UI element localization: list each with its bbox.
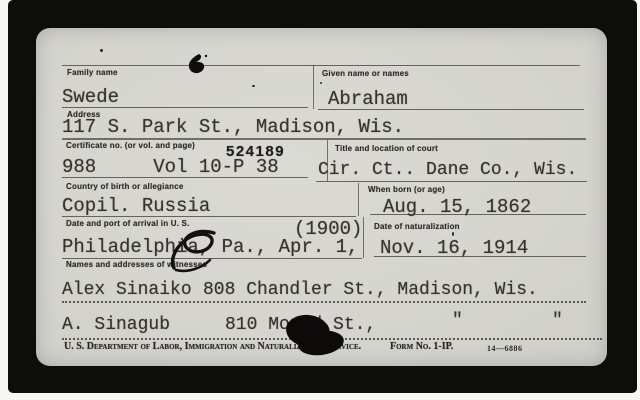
divider-arrival-naturalization [363,217,364,258]
witness-1-name: Alex Sinaiko [62,281,192,299]
divider-name-columns [313,65,314,109]
ink-speck-artifact [252,85,255,87]
certificate-label: Certificate no. (or vol. and page) [66,141,195,150]
naturalization-index-card: Family name Given name or names Address … [36,28,607,366]
ink-speck-artifact [100,49,103,52]
witness-2-ditto-city: " [452,312,463,330]
naturalization-value: Nov. 16, 1914 [380,239,528,258]
rule-under-court [316,181,587,182]
court-value: Cir. Ct.. Dane Co., Wis. [318,161,577,179]
born-label: When born (or age) [368,185,445,194]
address-value: 117 S. Park St., Madison, Wis. [62,118,404,137]
ink-speck-artifact [320,82,322,84]
witness-2-ditto-state: " [552,312,563,330]
certificate-stamp-number: 524189 [226,143,285,160]
family-name-label: Family name [67,68,118,77]
rule-witness-1 [62,301,586,303]
rule-top [62,65,580,66]
born-value: Aug. 15, 1862 [383,198,531,217]
given-name-label: Given name or names [322,69,409,78]
ink-speck-artifact [452,232,454,236]
given-name-value: Abraham [328,90,408,109]
rule-under-address [62,138,586,140]
country-value: Copil. Russia [62,197,210,216]
family-name-value: Swede [62,88,119,107]
divider-country-born [358,183,359,216]
certificate-value: 988 Vol 10-P 38 [62,158,279,177]
witness-2-name: A. Sinagub [62,316,170,334]
ink-blob-artifact-top [184,52,210,76]
footer-form-number: Form No. 1-IP. [390,341,453,352]
footer-print-code: 14—6886 [487,344,523,353]
naturalization-label: Date of naturalization [374,222,460,231]
ink-scribble-artifact [166,226,238,274]
court-label: Title and location of court [335,144,438,153]
witness-1-address: 808 Chandler St., Madison, Wis. [203,281,538,299]
country-label: Country of birth or allegiance [66,182,184,191]
